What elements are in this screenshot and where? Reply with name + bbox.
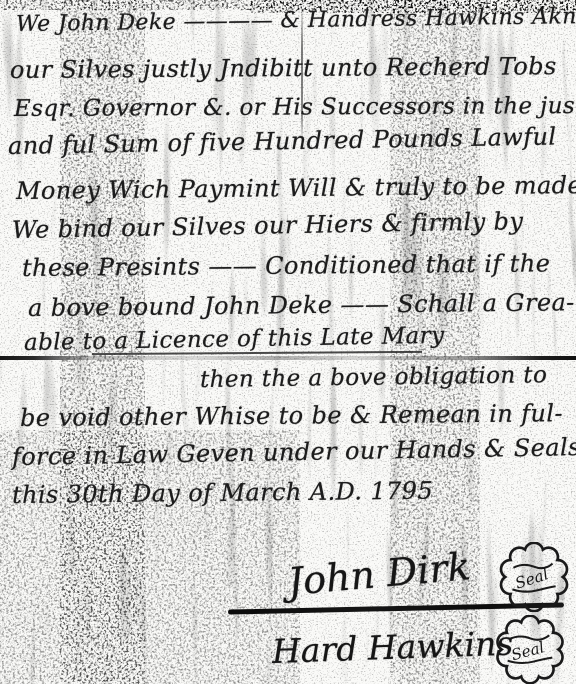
- manuscript-line-8: a bove bound John Deke —— Schall a Grea-: [28, 288, 575, 322]
- signature-john-dirk: John Dirk: [286, 544, 472, 604]
- wax-seal-icon: Seal: [490, 615, 570, 684]
- manuscript-line-7: these Presints —— Conditioned that if th…: [22, 249, 550, 282]
- manuscript-line-2: our Silves justly Jndibitt unto Recherd …: [10, 52, 557, 84]
- manuscript-line-12: force in Law Geven under our Hands & Sea…: [12, 433, 576, 471]
- manuscript-line-10: then the a bove obligation to: [200, 362, 548, 393]
- manuscript-line-4: and ful Sum of five Hundred Pounds Lawfu…: [8, 122, 557, 160]
- manuscript-line-6: We bind our Silves our Hiers & firmly by: [12, 207, 524, 244]
- signature-hard-hawkins: Hard Hawkins: [271, 624, 513, 671]
- manuscript-line-3: Esqr. Governor &. or His Successors in t…: [14, 93, 576, 122]
- wax-seal-icon: Seal: [495, 542, 573, 612]
- manuscript-date-line: this 30th Day of March A.D. 1795: [12, 477, 433, 509]
- manuscript-line-1: We John Deke ———— & Handress Hawkins Akn…: [16, 3, 576, 37]
- manuscript-line-5: Money Wich Paymint Will & truly to be ma…: [16, 171, 576, 205]
- manuscript-line-11: be void other Whise to be & Remean in fu…: [20, 399, 563, 432]
- scanned-manuscript-page: We John Deke ———— & Handress Hawkins Akn…: [0, 0, 576, 684]
- horizontal-fold-crease: [0, 356, 576, 360]
